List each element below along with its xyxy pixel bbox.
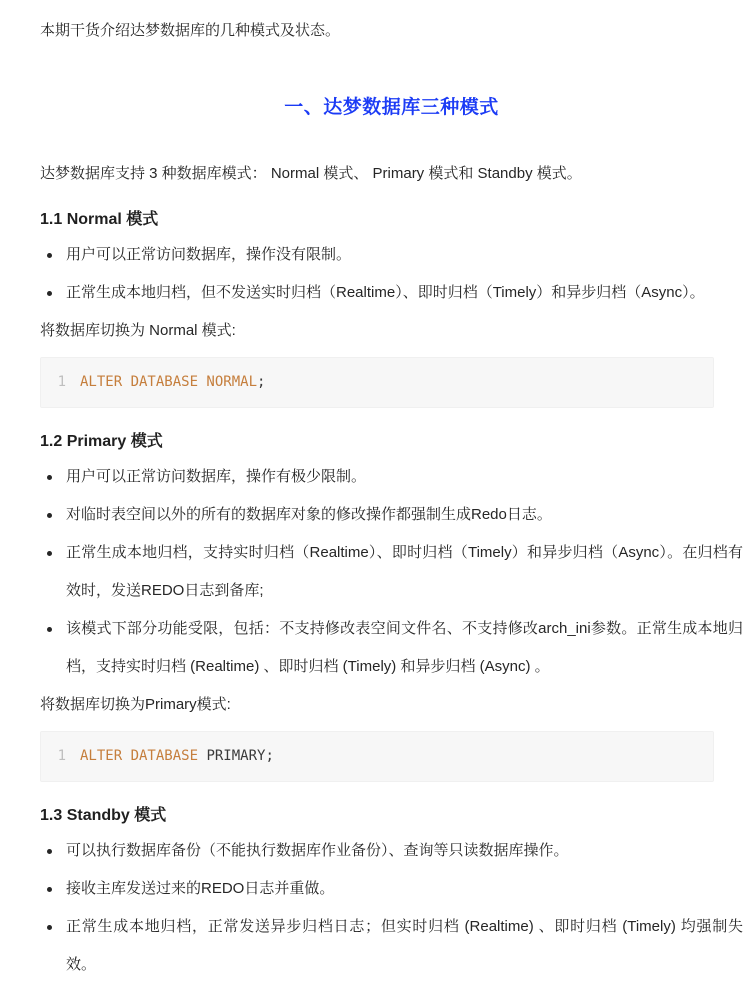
bullet-dot — [47, 291, 52, 296]
section-normal-mode: 1.1 Normal 模式 用户可以正常访问数据库，操作没有限制。 正常生成本地… — [40, 206, 743, 408]
code-line-number: 1 — [57, 747, 66, 766]
switch-instruction: 将数据库切换为 Normal 模式: — [40, 312, 743, 350]
list-item: 正常生成本地归档，但不发送实时归档（Realtime）、即时归档（Timely）… — [40, 274, 743, 312]
bullet-text: 用户可以正常访问数据库，操作有极少限制。 — [66, 468, 366, 485]
list-item: 可以执行数据库备份（不能执行数据库作业备份）、查询等只读数据库操作。 — [40, 832, 743, 870]
code-block-normal: 1ALTER DATABASE NORMAL; — [40, 357, 714, 408]
bullet-list: 用户可以正常访问数据库，操作有极少限制。 对临时表空间以外的所有的数据库对象的修… — [40, 458, 743, 686]
bullet-text: 正常生成本地归档，但不发送实时归档（Realtime）、即时归档（Timely）… — [66, 284, 705, 301]
section-primary-mode: 1.2 Primary 模式 用户可以正常访问数据库，操作有极少限制。 对临时表… — [40, 428, 743, 782]
bullet-text: 正常生成本地归档，支持实时归档（Realtime）、即时归档（Timely）和异… — [66, 544, 743, 599]
bullet-dot — [47, 925, 52, 930]
section-title-normal: 1.1 Normal 模式 — [40, 206, 743, 229]
bullet-text: 用户可以正常访问数据库，操作没有限制。 — [66, 246, 351, 263]
code-line-number: 1 — [57, 373, 66, 392]
bullet-dot — [47, 849, 52, 854]
code-text: PRIMARY; — [198, 748, 274, 764]
page-title: 一、达梦数据库三种模式 — [40, 92, 743, 119]
list-item: 用户可以正常访问数据库，操作有极少限制。 — [40, 458, 743, 496]
code-keyword: ALTER DATABASE — [80, 748, 198, 764]
code-keyword: ALTER DATABASE NORMAL — [80, 374, 257, 390]
bullet-dot — [47, 887, 52, 892]
list-item: 用户可以正常访问数据库，操作没有限制。 — [40, 236, 743, 274]
code-text: ; — [257, 374, 265, 390]
bullet-text: 可以执行数据库备份（不能执行数据库作业备份）、查询等只读数据库操作。 — [66, 842, 569, 859]
list-item: 正常生成本地归档，正常发送异步归档日志；但实时归档 (Realtime) 、即时… — [40, 908, 743, 984]
article: 本期干货介绍达梦数据库的几种模式及状态。 一、达梦数据库三种模式 达梦数据库支持… — [0, 20, 754, 1008]
section-title-primary: 1.2 Primary 模式 — [40, 428, 743, 451]
list-item: 正常生成本地归档，支持实时归档（Realtime）、即时归档（Timely）和异… — [40, 534, 743, 610]
bullet-text: 对临时表空间以外的所有的数据库对象的修改操作都强制生成Redo日志。 — [66, 506, 552, 523]
switch-instruction: 将数据库切换为Primary模式: — [40, 686, 743, 724]
intro-paragraph: 本期干货介绍达梦数据库的几种模式及状态。 — [40, 20, 743, 42]
bullet-list: 用户可以正常访问数据库，操作没有限制。 正常生成本地归档，但不发送实时归档（Re… — [40, 236, 743, 312]
code-block-primary: 1ALTER DATABASE PRIMARY; — [40, 731, 714, 782]
list-item: 接收主库发送过来的REDO日志并重做。 — [40, 870, 743, 908]
lead-paragraph: 达梦数据库支持 3 种数据库模式： Normal 模式、 Primary 模式和… — [40, 162, 743, 186]
bullet-dot — [47, 513, 52, 518]
bullet-dot — [47, 551, 52, 556]
bullet-text: 正常生成本地归档，正常发送异步归档日志；但实时归档 (Realtime) 、即时… — [66, 918, 743, 973]
section-title-standby: 1.3 Standby 模式 — [40, 802, 743, 825]
list-item: 该模式下部分功能受限，包括：不支持修改表空间文件名、不支持修改arch_ini参… — [40, 610, 743, 686]
bullet-dot — [47, 627, 52, 632]
bullet-dot — [47, 475, 52, 480]
bullet-list: 可以执行数据库备份（不能执行数据库作业备份）、查询等只读数据库操作。 接收主库发… — [40, 832, 743, 984]
bullet-text: 该模式下部分功能受限，包括：不支持修改表空间文件名、不支持修改arch_ini参… — [66, 620, 743, 675]
list-item: 对临时表空间以外的所有的数据库对象的修改操作都强制生成Redo日志。 — [40, 496, 743, 534]
bullet-text: 接收主库发送过来的REDO日志并重做。 — [66, 880, 334, 897]
bullet-dot — [47, 253, 52, 258]
